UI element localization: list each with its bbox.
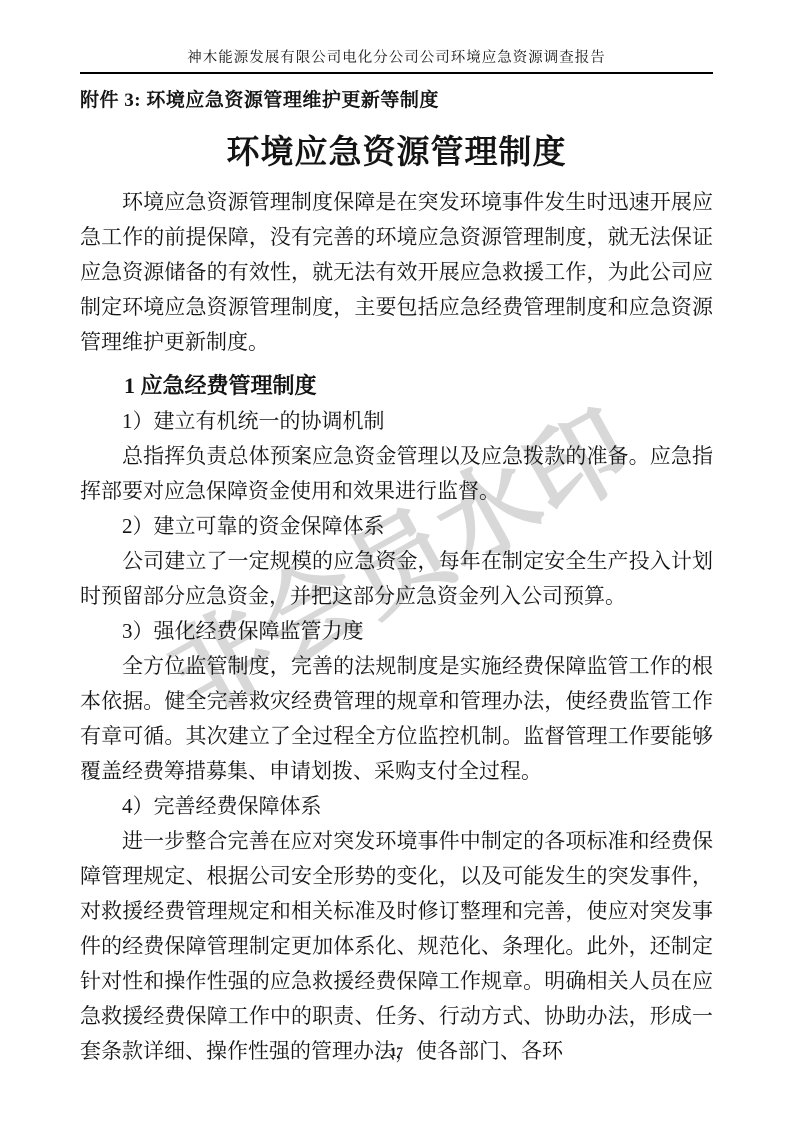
running-header-title: 神木能源发展有限公司电化分公司公司环境应急资源调查报告 — [187, 50, 606, 66]
report-running-header: 神木能源发展有限公司电化分公司公司环境应急资源调查报告 — [80, 0, 713, 74]
section-1-item-4-subheading: 4）完善经费保障体系 — [80, 789, 713, 824]
page-number: 17 — [0, 1044, 793, 1060]
intro-paragraph: 环境应急资源管理制度保障是在突发环境事件发生时迅速开展应急工作的前提保障，没有完… — [80, 185, 713, 360]
section-1-item-2-paragraph: 公司建立了一定规模的应急资金，每年在制定安全生产投入计划时预留部分应急资金，并把… — [80, 544, 713, 614]
section-1-item-2-subheading: 2）建立可靠的资金保障体系 — [80, 509, 713, 544]
section-1-item-4-paragraph: 进一步整合完善在应对突发环境事件中制定的各项标准和经费保障管理规定、根据公司安全… — [80, 824, 713, 1069]
section-1-item-1-subheading: 1）建立有机统一的协调机制 — [80, 404, 713, 439]
section-1-item-3-paragraph: 全方位监管制度，完善的法规制度是实施经费保障监管工作的根本依据。健全完善救灾经费… — [80, 649, 713, 789]
document-title: 环境应急资源管理制度 — [80, 126, 713, 173]
section-1-item-3-subheading: 3）强化经费保障监管力度 — [80, 614, 713, 649]
section-1-item-1-paragraph: 总指挥负责总体预案应急资金管理以及应急拨款的准备。应急指挥部要对应急保障资金使用… — [80, 439, 713, 509]
attachment-heading: 附件 3: 环境应急资源管理维护更新等制度 — [80, 85, 713, 112]
document-page: 非会员水印 神木能源发展有限公司电化分公司公司环境应急资源调查报告 附件 3: … — [0, 0, 793, 1122]
document-content: 附件 3: 环境应急资源管理维护更新等制度 环境应急资源管理制度 环境应急资源管… — [80, 85, 713, 1069]
section-1-heading: 1 应急经费管理制度 — [80, 369, 713, 400]
